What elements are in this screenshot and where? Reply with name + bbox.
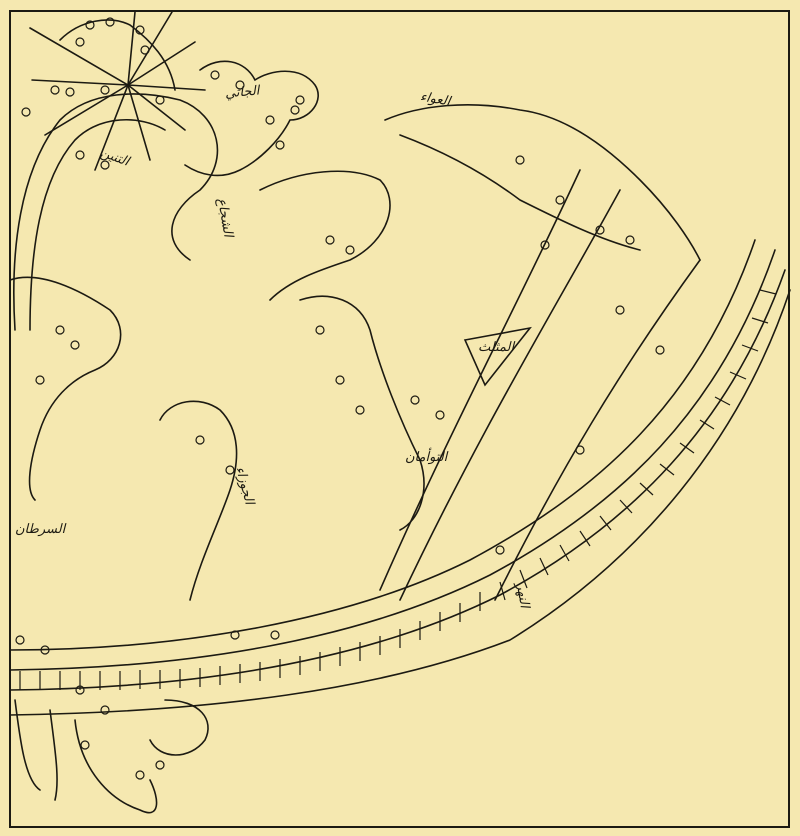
label-gemini: ﺍﻟﺘﻮﺃﻣﺎﻥ xyxy=(405,450,447,465)
label-cancer: ﺍﻟﺴﺮﻃﺎﻥ xyxy=(15,522,65,537)
celestial-map-drawing xyxy=(0,0,800,836)
label-hercules: ﺍﻟﺠﺎﺛﻲ xyxy=(224,84,260,102)
label-triangle: ﺍﻟﻤﺜﻠﺚ xyxy=(478,340,514,355)
zodiac-ticks xyxy=(20,290,776,690)
pole-rays xyxy=(30,12,205,170)
